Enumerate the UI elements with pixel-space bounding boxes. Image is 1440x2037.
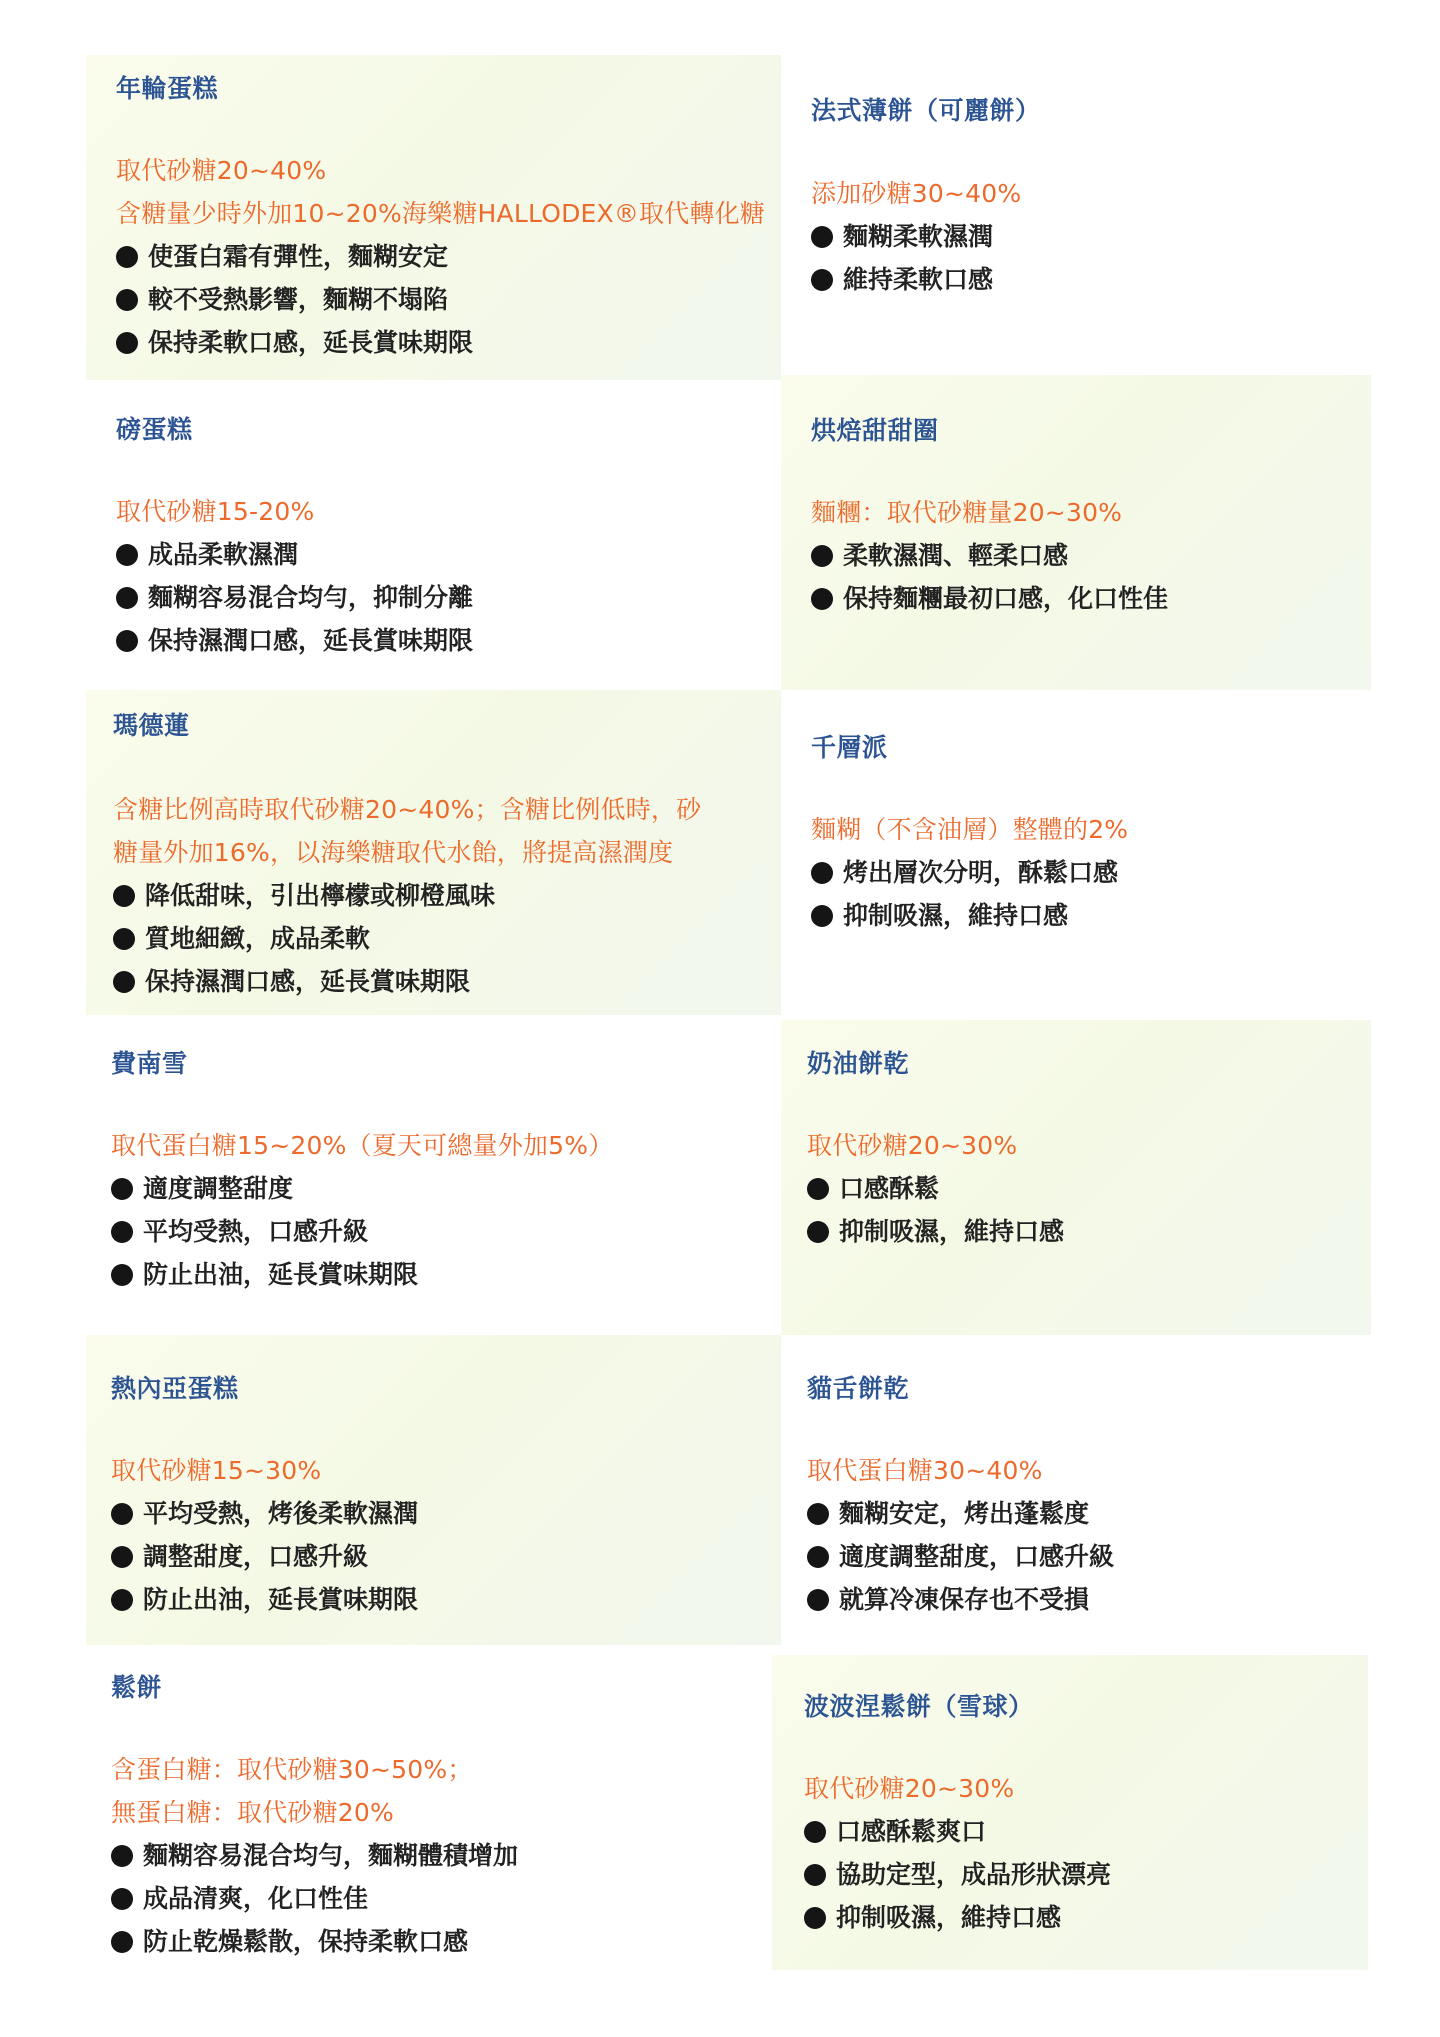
feature-point: 協助定型，成品形狀漂亮: [804, 1853, 1111, 1896]
bullet-icon: [807, 1178, 829, 1200]
feature-point: 降低甜味，引出檸檬或柳橙風味: [113, 874, 701, 917]
feature-point: 較不受熱影響，麵糊不塌陷: [116, 278, 765, 321]
bullet-icon: [807, 1503, 829, 1525]
bullet-icon: [807, 1546, 829, 1568]
usage-text: 取代砂糖20~30%: [807, 1124, 1064, 1167]
feature-point: 防止出油，延長賞味期限: [111, 1253, 613, 1296]
bullet-icon: [111, 1264, 133, 1286]
usage-text: 取代蛋白糖30~40%: [807, 1449, 1114, 1492]
feature-point: 就算冷凍保存也不受損: [807, 1578, 1114, 1621]
bullet-icon: [111, 1589, 133, 1611]
card-polvoron: 波波涅鬆餅（雪球） 取代砂糖20~30% 口感酥鬆爽口 協助定型，成品形狀漂亮 …: [772, 1655, 1368, 1970]
feature-point: 麵糊安定，烤出蓬鬆度: [807, 1492, 1114, 1535]
bullet-icon: [116, 630, 138, 652]
bullet-icon: [807, 1589, 829, 1611]
feature-point: 保持濕潤口感，延長賞味期限: [116, 619, 473, 662]
feature-point: 麵糊容易混合均勻，抑制分離: [116, 576, 473, 619]
feature-point: 柔軟濕潤、輕柔口感: [811, 534, 1168, 577]
card-butter-cookie: 奶油餅乾 取代砂糖20~30% 口感酥鬆 抑制吸濕，維持口感: [781, 1020, 1371, 1335]
feature-point: 抑制吸濕，維持口感: [807, 1210, 1064, 1253]
card-title: 鬆餅: [111, 1672, 162, 1704]
feature-point: 口感酥鬆爽口: [804, 1810, 1111, 1853]
feature-point: 質地細緻，成品柔軟: [113, 917, 701, 960]
card-mille-feuille: 千層派 麵糊（不含油層）整體的2% 烤出層次分明，酥鬆口感 抑制吸濕，維持口感: [781, 690, 1371, 1015]
feature-point: 抑制吸濕，維持口感: [804, 1896, 1111, 1939]
card-langue-de-chat: 貓舌餅乾 取代蛋白糖30~40% 麵糊安定，烤出蓬鬆度 適度調整甜度，口感升級 …: [781, 1335, 1371, 1645]
feature-point: 抑制吸濕，維持口感: [811, 894, 1128, 937]
card-title: 法式薄餅（可麗餅）: [811, 95, 1041, 127]
bullet-icon: [111, 1221, 133, 1243]
feature-point: 適度調整甜度: [111, 1167, 613, 1210]
bullet-icon: [116, 289, 138, 311]
card-title: 磅蛋糕: [116, 414, 193, 446]
usage-text: 取代蛋白糖15~20%（夏天可總量外加5%）: [111, 1124, 613, 1167]
bullet-icon: [113, 885, 135, 907]
feature-point: 保持麵糰最初口感，化口性佳: [811, 577, 1168, 620]
bullet-icon: [804, 1907, 826, 1929]
feature-point: 防止乾燥鬆散，保持柔軟口感: [111, 1920, 518, 1963]
usage-text: 添加砂糖30~40%: [811, 172, 1021, 215]
card-madeleine: 瑪德蓮 含糖比例高時取代砂糖20~40%；含糖比例低時，砂 糖量外加16%，以海…: [86, 690, 781, 1015]
card-title: 貓舌餅乾: [807, 1373, 909, 1405]
card-crepe: 法式薄餅（可麗餅） 添加砂糖30~40% 麵糊柔軟濕潤 維持柔軟口感: [781, 55, 1371, 380]
usage-text: 含糖比例高時取代砂糖20~40%；含糖比例低時，砂: [113, 788, 701, 831]
card-title: 費南雪: [111, 1048, 188, 1080]
feature-point: 保持柔軟口感，延長賞味期限: [116, 321, 765, 364]
feature-point: 防止出油，延長賞味期限: [111, 1578, 418, 1621]
bullet-icon: [811, 588, 833, 610]
card-title: 千層派: [811, 732, 888, 764]
bullet-icon: [811, 269, 833, 291]
feature-point: 成品清爽，化口性佳: [111, 1877, 518, 1920]
card-title: 波波涅鬆餅（雪球）: [804, 1691, 1034, 1723]
card-pound-cake: 磅蛋糕 取代砂糖15-20% 成品柔軟濕潤 麵糊容易混合均勻，抑制分離 保持濕潤…: [86, 380, 781, 690]
card-genoa-cake: 熱內亞蛋糕 取代砂糖15~30% 平均受熱，烤後柔軟濕潤 調整甜度，口感升級 防…: [86, 1335, 781, 1645]
feature-point: 成品柔軟濕潤: [116, 533, 473, 576]
card-title: 年輪蛋糕: [116, 73, 218, 105]
usage-text: 取代砂糖20~30%: [804, 1767, 1111, 1810]
usage-text: 取代砂糖20~40%: [116, 149, 765, 192]
feature-point: 調整甜度，口感升級: [111, 1535, 418, 1578]
feature-point: 麵糊容易混合均勻，麵糊體積增加: [111, 1834, 518, 1877]
card-title: 瑪德蓮: [113, 710, 190, 742]
bullet-icon: [111, 1845, 133, 1867]
feature-point: 平均受熱，烤後柔軟濕潤: [111, 1492, 418, 1535]
card-baked-donut: 烘焙甜甜圈 麵糰：取代砂糖量20~30% 柔軟濕潤、輕柔口感 保持麵糰最初口感，…: [781, 375, 1371, 690]
application-sheet: 年輪蛋糕 取代砂糖20~40% 含糖量少時外加10~20%海樂糖HALLODEX…: [0, 0, 1440, 2037]
feature-point: 使蛋白霜有彈性，麵糊安定: [116, 235, 765, 278]
usage-text: 取代砂糖15~30%: [111, 1449, 418, 1492]
feature-point: 適度調整甜度，口感升級: [807, 1535, 1114, 1578]
usage-text: 取代砂糖15-20%: [116, 490, 473, 533]
bullet-icon: [116, 587, 138, 609]
card-baumkuchen: 年輪蛋糕 取代砂糖20~40% 含糖量少時外加10~20%海樂糖HALLODEX…: [86, 55, 781, 380]
usage-text: 無蛋白糖：取代砂糖20%: [111, 1791, 518, 1834]
bullet-icon: [111, 1178, 133, 1200]
bullet-icon: [111, 1546, 133, 1568]
feature-point: 麵糊柔軟濕潤: [811, 215, 1021, 258]
bullet-icon: [116, 332, 138, 354]
bullet-icon: [111, 1888, 133, 1910]
bullet-icon: [111, 1503, 133, 1525]
card-financier: 費南雪 取代蛋白糖15~20%（夏天可總量外加5%） 適度調整甜度 平均受熱，口…: [86, 1015, 781, 1335]
bullet-icon: [807, 1221, 829, 1243]
card-title: 奶油餅乾: [807, 1048, 909, 1080]
bullet-icon: [811, 226, 833, 248]
feature-point: 保持濕潤口感，延長賞味期限: [113, 960, 701, 1003]
bullet-icon: [811, 862, 833, 884]
usage-text: 含蛋白糖：取代砂糖30~50%；: [111, 1748, 518, 1791]
bullet-icon: [111, 1931, 133, 1953]
bullet-icon: [811, 545, 833, 567]
feature-point: 烤出層次分明，酥鬆口感: [811, 851, 1128, 894]
feature-point: 口感酥鬆: [807, 1167, 1064, 1210]
usage-text: 麵糰：取代砂糖量20~30%: [811, 491, 1168, 534]
usage-text: 糖量外加16%，以海樂糖取代水飴，將提高濕潤度: [113, 831, 701, 874]
bullet-icon: [811, 905, 833, 927]
bullet-icon: [804, 1864, 826, 1886]
bullet-icon: [116, 544, 138, 566]
feature-point: 維持柔軟口感: [811, 258, 1021, 301]
card-title: 熱內亞蛋糕: [111, 1373, 239, 1405]
usage-text: 麵糊（不含油層）整體的2%: [811, 808, 1128, 851]
card-pancake: 鬆餅 含蛋白糖：取代砂糖30~50%； 無蛋白糖：取代砂糖20% 麵糊容易混合均…: [86, 1650, 781, 1980]
card-title: 烘焙甜甜圈: [811, 415, 939, 447]
bullet-icon: [113, 971, 135, 993]
bullet-icon: [804, 1821, 826, 1843]
usage-text: 含糖量少時外加10~20%海樂糖HALLODEX®取代轉化糖: [116, 192, 765, 235]
bullet-icon: [113, 928, 135, 950]
bullet-icon: [116, 246, 138, 268]
feature-point: 平均受熱，口感升級: [111, 1210, 613, 1253]
